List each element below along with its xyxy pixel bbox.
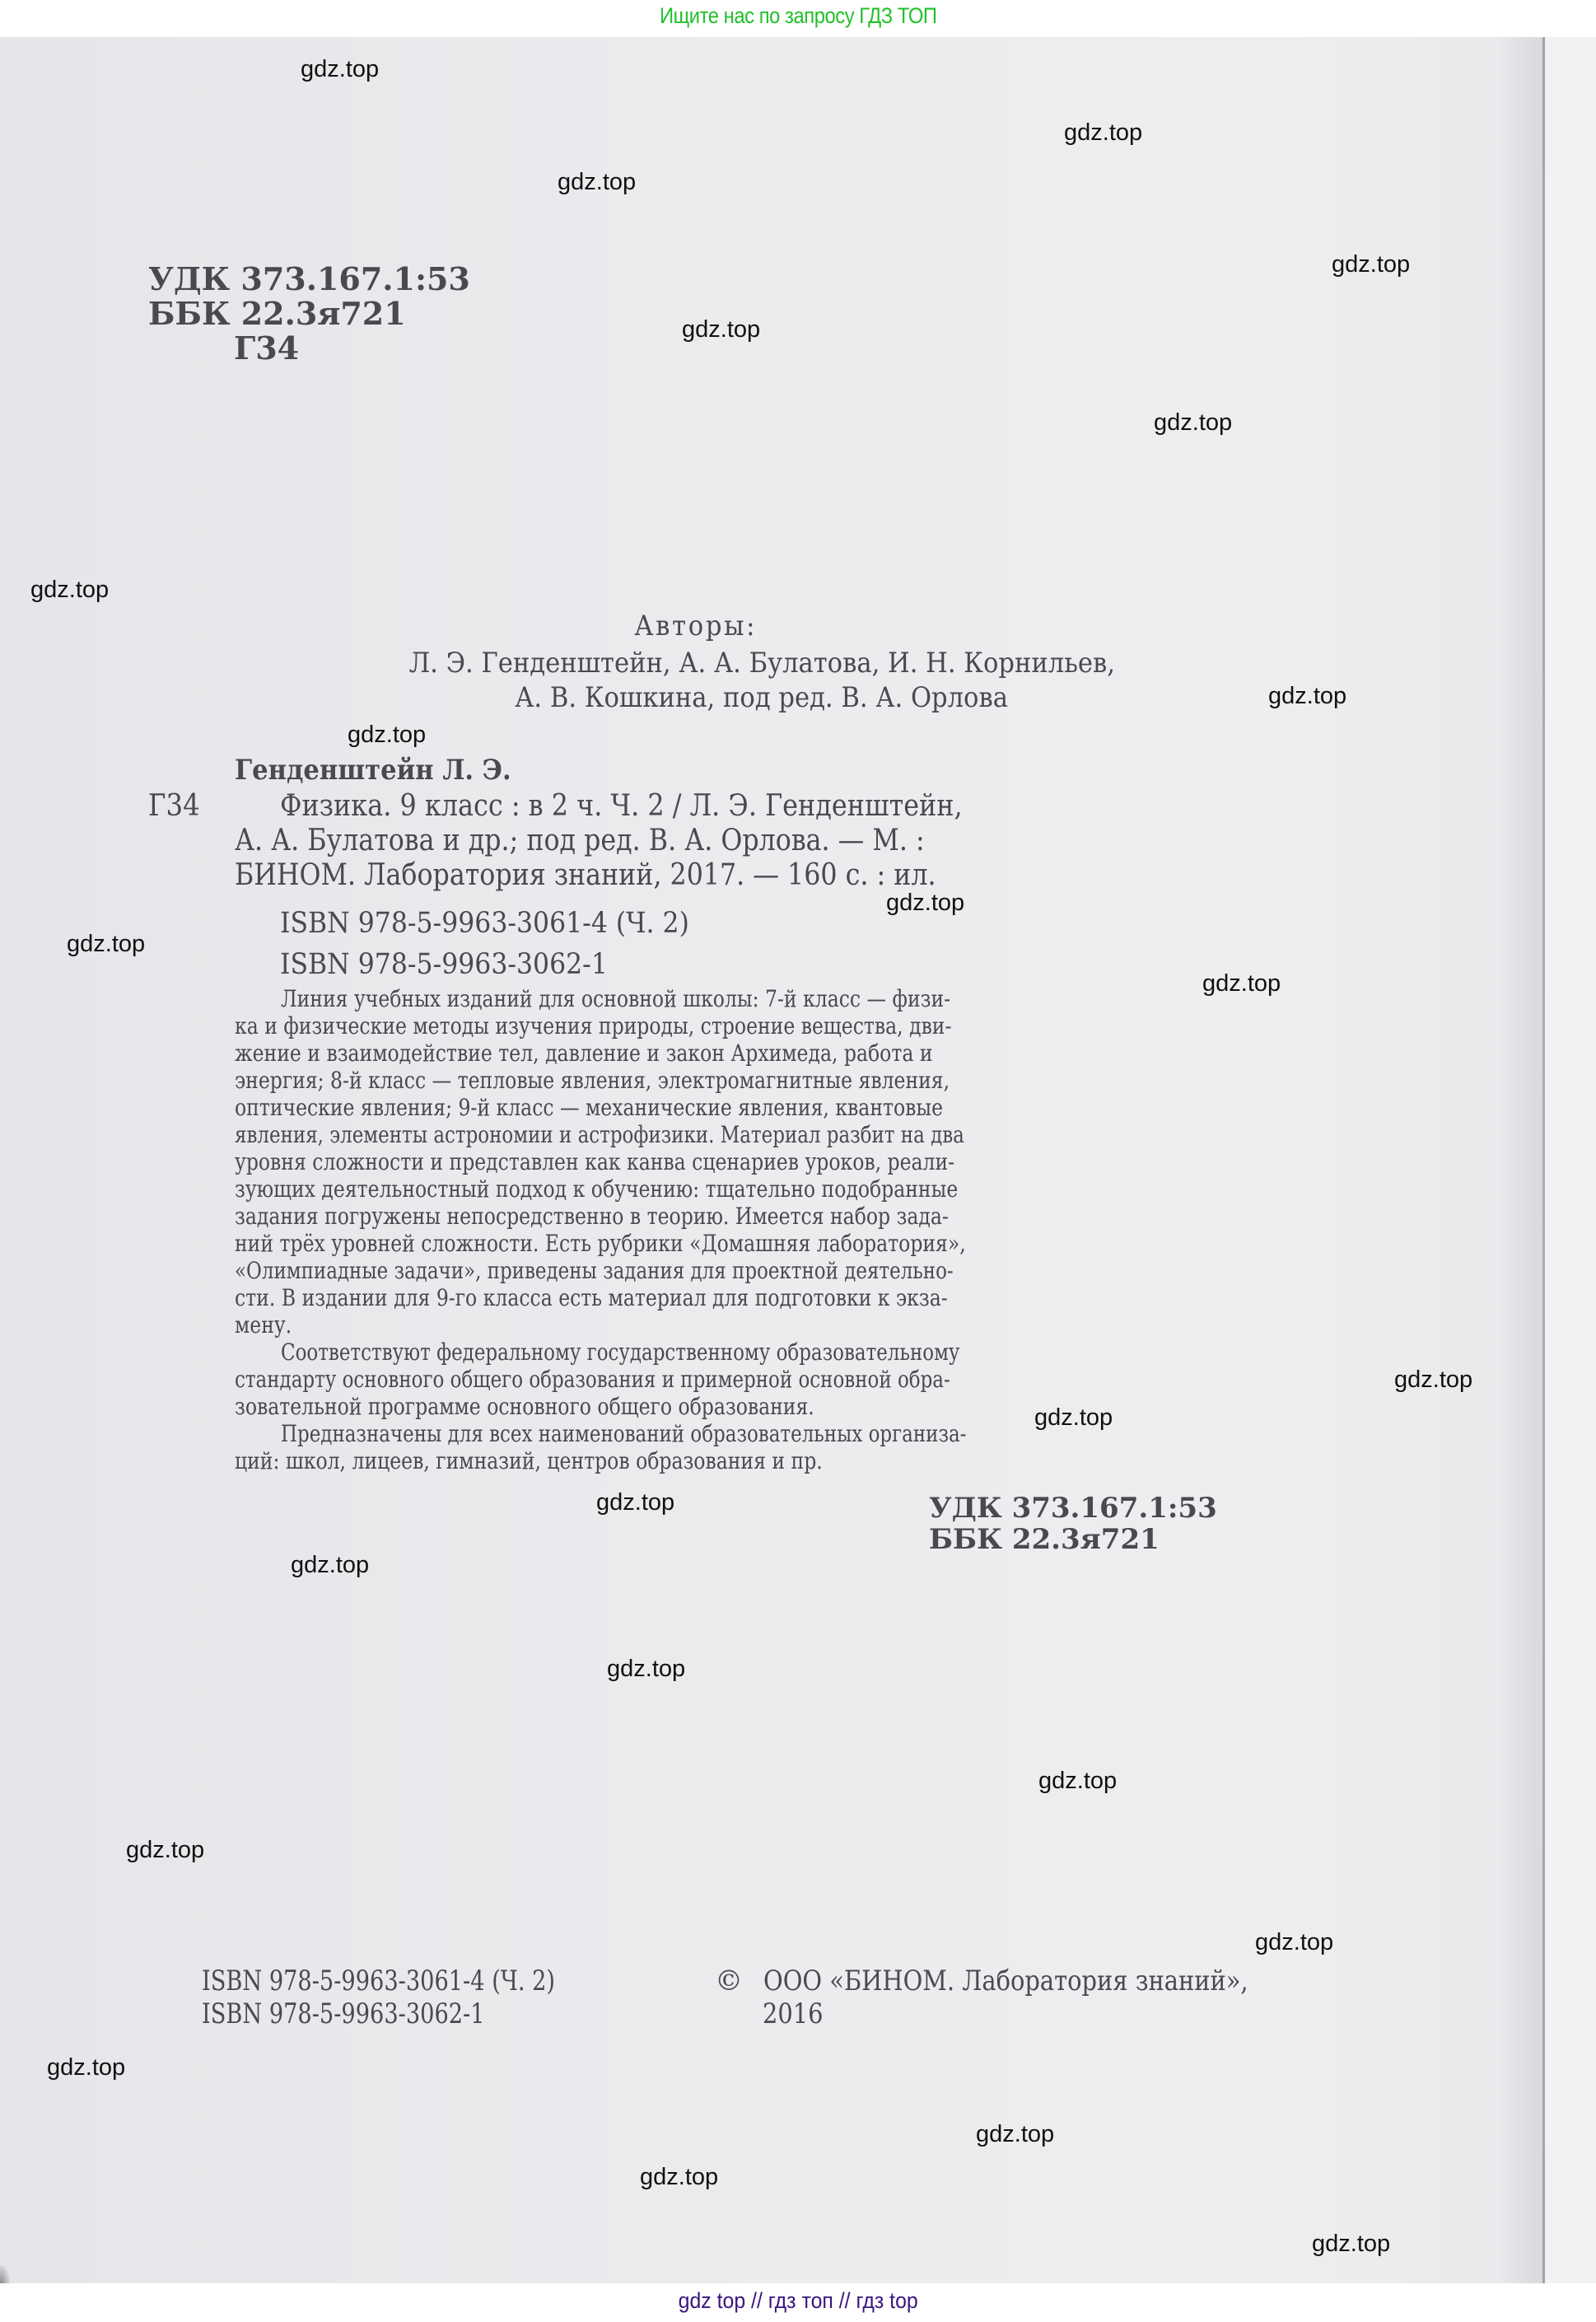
catalog-line-text: А. А. Булатова и др.; под ред. В. А. Орл… (235, 824, 925, 858)
annotation-line-text: зовательной программе основного общего о… (235, 1393, 814, 1420)
watermark-text: gdz.top (1394, 1367, 1472, 1394)
udk-code-right: УДК 373.167.1:53 (929, 1493, 1217, 1524)
annotation-line-text: жение и взаимодействие тел, давление и з… (235, 1040, 933, 1067)
annotation-line-text: Линия учебных изданий для основной школы… (281, 985, 950, 1012)
copyright-year-text: 2016 (763, 1997, 824, 2030)
isbn-text: ISBN 978-5-9963-3061-4 (Ч. 2) (202, 1965, 555, 1997)
catalog-line-text: БИНОМ. Лаборатория знаний, 2017. — 160 с… (235, 858, 936, 893)
isbn-text: ISBN 978-5-9963-3061-4 (Ч. 2) (280, 903, 689, 944)
catalog-main-author-text: Генденштейн Л. Э. (235, 754, 511, 787)
watermark-text: gdz.top (976, 2121, 1054, 2148)
watermark-text: gdz.top (1154, 409, 1232, 437)
annotation-line-text: сти. В издании для 9-го класса есть мате… (235, 1284, 948, 1311)
catalog-line: А. А. Булатова и др.; под ред. В. А. Орл… (235, 824, 1211, 858)
annotation-line-text: зующих деятельностный подход к обучению:… (235, 1175, 958, 1203)
annotation-line-text: мену. (235, 1311, 292, 1339)
watermark-text: gdz.top (126, 1837, 204, 1864)
catalog-line-text: Физика. 9 класс : в 2 ч. Ч. 2 / Л. Э. Ге… (280, 789, 963, 824)
watermark-text: gdz.top (1268, 683, 1346, 710)
authors-line-1: Л. Э. Генденштейн, А. А. Булатова, И. Н.… (0, 646, 1524, 680)
watermark-text: gdz.top (47, 2054, 125, 2081)
watermark-text: gdz.top (886, 890, 964, 917)
copyright-year: 2016 (715, 1997, 1333, 2030)
annotation-line-text: задания погружены непосредственно в теор… (235, 1203, 949, 1230)
isbn-text: ISBN 978-5-9963-3062-1 (280, 944, 608, 985)
next-page-margin (1545, 37, 1596, 2283)
annotation-line: Соответствуют федеральному государственн… (235, 1339, 1211, 1366)
authors-heading-text: Авторы: (635, 610, 758, 642)
isbn-line: ISBN 978-5-9963-3062-1 (202, 1997, 643, 2030)
annotation-line: уровня сложности и представлен как канва… (235, 1148, 1211, 1175)
watermark-text: gdz.top (30, 577, 109, 604)
udk-bbk-block-right: УДК 373.167.1:53 ББК 22.3я721 (929, 1493, 1217, 1555)
page-edge-shadow (1499, 37, 1542, 2283)
watermark-text: gdz.top (607, 1656, 685, 1683)
bbk-code-right: ББК 22.3я721 (929, 1524, 1217, 1555)
annotation-line: ций: школ, лицеев, гимназий, центров обр… (235, 1447, 1211, 1474)
copyright-holder: ООО «БИНОМ. Лаборатория знаний», (763, 1965, 1248, 1997)
annotation-line: явления, элементы астрономии и астрофизи… (235, 1121, 1211, 1148)
footer-text: gdz top // гдз топ // гдз top (678, 2288, 917, 2314)
annotation-line-text: ций: школ, лицеев, гимназий, центров обр… (235, 1447, 823, 1474)
authors-line-1-text: Л. Э. Генденштейн, А. А. Булатова, И. Н.… (408, 646, 1114, 680)
annotation-line: оптические явления; 9-й класс — механиче… (235, 1094, 1211, 1121)
annotation-line: энергия; 8-й класс — тепловые явления, э… (235, 1067, 1211, 1094)
bbk-code: ББК 22.3я721 (148, 297, 470, 331)
watermark-text: gdz.top (640, 2164, 718, 2191)
watermark-text: gdz.top (348, 722, 426, 749)
watermark-text: gdz.top (682, 316, 760, 343)
watermark-text: gdz.top (1038, 1768, 1117, 1795)
catalog-main-author: Генденштейн Л. Э. (235, 754, 542, 787)
catalog-line: БИНОМ. Лаборатория знаний, 2017. — 160 с… (235, 858, 1211, 893)
watermark-text: gdz.top (1255, 1929, 1333, 1956)
watermark-text: gdz.top (291, 1552, 369, 1579)
annotation-line-text: «Олимпиадные задачи», приведены задания … (235, 1257, 954, 1284)
annotation-line: ка и физические методы изучения природы,… (235, 1012, 1211, 1040)
watermark-text: gdz.top (1202, 970, 1281, 997)
udk-bbk-block-top: УДК 373.167.1:53 ББК 22.3я721 Г34 (148, 262, 470, 366)
author-mark: Г34 (148, 331, 470, 366)
annotation-line: задания погружены непосредственно в теор… (235, 1203, 1211, 1230)
banner-text: Ищите нас по запросу ГДЗ ТОП (660, 3, 937, 29)
watermark-text: gdz.top (301, 56, 379, 83)
watermark-text: gdz.top (596, 1489, 674, 1516)
annotation-line: стандарту основного общего образования и… (235, 1366, 1211, 1393)
isbn-line: ISBN 978-5-9963-3061-4 (Ч. 2) (202, 1965, 643, 1997)
watermark-text: gdz.top (1332, 251, 1410, 278)
annotation-text: Линия учебных изданий для основной школы… (235, 985, 1211, 1474)
annotation-line-text: энергия; 8-й класс — тепловые явления, э… (235, 1067, 950, 1094)
annotation-line-text: стандарту основного общего образования и… (235, 1366, 950, 1393)
annotation-line-text: ка и физические методы изучения природы,… (235, 1012, 951, 1040)
bottom-isbn-list: ISBN 978-5-9963-3061-4 (Ч. 2) ISBN 978-5… (202, 1965, 643, 2030)
catalog-code-text: Г34 (148, 789, 200, 823)
annotation-line: «Олимпиадные задачи», приведены задания … (235, 1257, 1211, 1284)
annotation-line: ний трёх уровней сложности. Есть рубрики… (235, 1230, 1211, 1257)
annotation-line-text: уровня сложности и представлен как канва… (235, 1148, 954, 1175)
annotation-line-text: явления, элементы астрономии и астрофизи… (235, 1121, 964, 1148)
catalog-line: Физика. 9 класс : в 2 ч. Ч. 2 / Л. Э. Ге… (280, 789, 1211, 824)
udk-code: УДК 373.167.1:53 (148, 262, 470, 297)
annotation-line-text: Предназначены для всех наименований обра… (281, 1420, 966, 1447)
annotation-line: мену. (235, 1311, 1211, 1339)
catalog-description-cont: А. А. Булатова и др.; под ред. В. А. Орл… (235, 824, 1211, 893)
watermark-text: gdz.top (1064, 119, 1142, 147)
annotation-line: зующих деятельностный подход к обучению:… (235, 1175, 1211, 1203)
annotation-line-text: Соответствуют федеральному государственн… (281, 1339, 959, 1366)
bottom-banner: gdz top // гдз топ // гдз top (0, 2283, 1596, 2322)
authors-line-2-text: А. В. Кошкина, под ред. В. А. Орлова (516, 680, 1009, 715)
top-banner: Ищите нас по запросу ГДЗ ТОП (0, 0, 1596, 37)
watermark-text: gdz.top (1312, 2231, 1390, 2258)
isbn-line: ISBN 978-5-9963-3062-1 (280, 944, 735, 985)
watermark-text: gdz.top (1034, 1404, 1113, 1432)
isbn-line: ISBN 978-5-9963-3061-4 (Ч. 2) (280, 903, 735, 944)
copyright-icon: © (715, 1965, 743, 1997)
catalog-code: Г34 (148, 789, 206, 823)
annotation-line: жение и взаимодействие тел, давление и з… (235, 1040, 1211, 1067)
watermark-text: gdz.top (558, 169, 636, 196)
catalog-description: Физика. 9 класс : в 2 ч. Ч. 2 / Л. Э. Ге… (280, 789, 1211, 824)
authors-heading: Авторы: (0, 610, 1392, 642)
copyright-line: © ООО «БИНОМ. Лаборатория знаний», (715, 1965, 1333, 1997)
annotation-line: Линия учебных изданий для основной школы… (235, 985, 1211, 1012)
watermark-text: gdz.top (67, 931, 145, 958)
isbn-text: ISBN 978-5-9963-3062-1 (202, 1997, 485, 2030)
annotation-line-text: оптические явления; 9-й класс — механиче… (235, 1094, 943, 1121)
annotation-line-text: ний трёх уровней сложности. Есть рубрики… (235, 1230, 966, 1257)
catalog-isbn-list: ISBN 978-5-9963-3061-4 (Ч. 2) ISBN 978-5… (280, 903, 735, 985)
annotation-line: сти. В издании для 9-го класса есть мате… (235, 1284, 1211, 1311)
copyright-block: © ООО «БИНОМ. Лаборатория знаний», 2016 (715, 1965, 1333, 2030)
